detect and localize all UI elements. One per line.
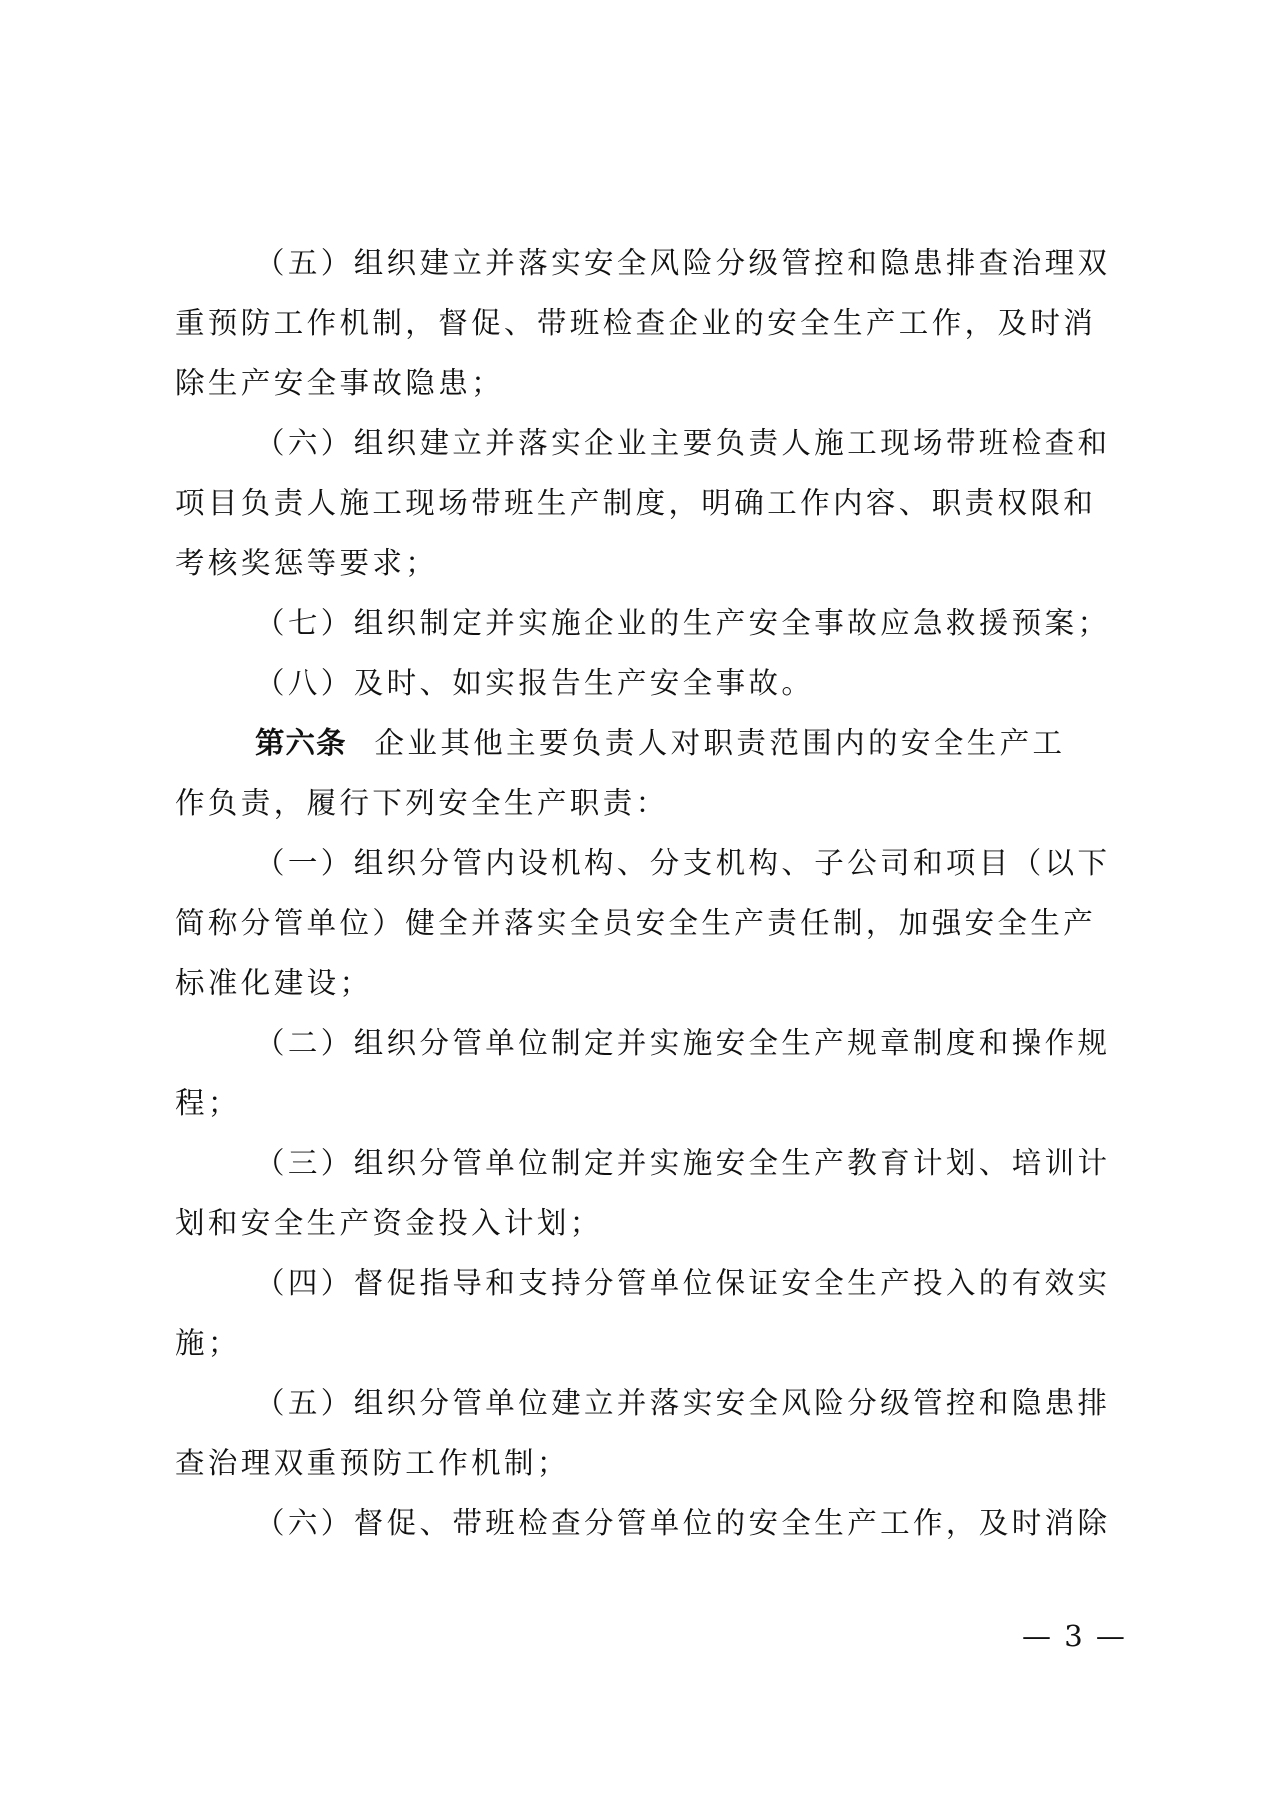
- document-body: （五）组织建立并落实安全风险分级管控和隐患排查治理双 重预防工作机制，督促、带班…: [175, 233, 1131, 1553]
- paragraph-line: 程；: [175, 1073, 1131, 1133]
- paragraph-line: 考核奖惩等要求；: [175, 533, 1131, 593]
- article-heading: 第六条: [255, 726, 347, 760]
- paragraph-line: 标准化建设；: [175, 953, 1131, 1013]
- paragraph-line: 项目负责人施工现场带班生产制度，明确工作内容、职责权限和: [175, 473, 1131, 533]
- paragraph-line: 查治理双重预防工作机制；: [175, 1433, 1131, 1493]
- paragraph-line: 划和安全生产资金投入计划；: [175, 1193, 1131, 1253]
- paragraph-line: （六）督促、带班检查分管单位的安全生产工作，及时消除: [175, 1493, 1131, 1553]
- paragraph-line: 作负责，履行下列安全生产职责：: [175, 773, 1131, 833]
- article-text: 企业其他主要负责人对职责范围内的安全生产工: [375, 726, 1066, 760]
- paragraph-line: （八）及时、如实报告生产安全事故。: [175, 653, 1131, 713]
- paragraph-line: （五）组织建立并落实安全风险分级管控和隐患排查治理双: [175, 233, 1131, 293]
- paragraph-line: （三）组织分管单位制定并实施安全生产教育计划、培训计: [175, 1133, 1131, 1193]
- paragraph-line: （四）督促指导和支持分管单位保证安全生产投入的有效实: [175, 1253, 1131, 1313]
- paragraph-line: （六）组织建立并落实企业主要负责人施工现场带班检查和: [175, 413, 1131, 473]
- paragraph-line: （五）组织分管单位建立并落实安全风险分级管控和隐患排: [175, 1373, 1131, 1433]
- paragraph-line: （七）组织制定并实施企业的生产安全事故应急救援预案；: [175, 593, 1131, 653]
- paragraph-line: 重预防工作机制，督促、带班检查企业的安全生产工作，及时消: [175, 293, 1131, 353]
- page-number: — 3 —: [1022, 1618, 1127, 1654]
- paragraph-line: （一）组织分管内设机构、分支机构、子公司和项目（以下: [175, 833, 1131, 893]
- paragraph-line: 施；: [175, 1313, 1131, 1373]
- paragraph-line: （二）组织分管单位制定并实施安全生产规章制度和操作规: [175, 1013, 1131, 1073]
- paragraph-line: 除生产安全事故隐患；: [175, 353, 1131, 413]
- article-heading-line: 第六条企业其他主要负责人对职责范围内的安全生产工: [175, 713, 1131, 773]
- paragraph-line: 简称分管单位）健全并落实全员安全生产责任制，加强安全生产: [175, 893, 1131, 953]
